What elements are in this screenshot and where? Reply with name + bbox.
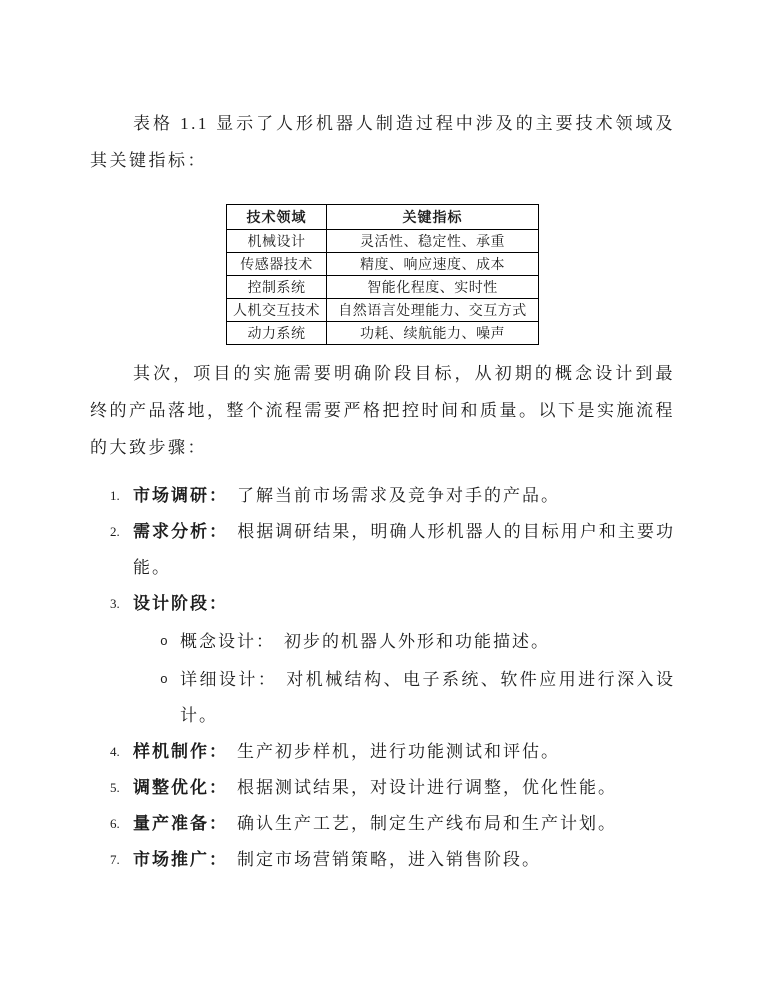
tech-area-cell: 控制系统 [227, 276, 327, 299]
sub-step-item: o详细设计：对机械结构、电子系统、软件应用进行深入设计。 [133, 662, 675, 734]
paragraph-intro: 表格 1.1 显示了人形机器人制造过程中涉及的主要技术领域及其关键指标： [90, 105, 675, 179]
step-desc: 确认生产工艺，制定生产线布局和生产计划。 [237, 814, 617, 833]
table-row: 人机交互技术自然语言处理能力、交互方式 [227, 299, 539, 322]
step-term: 调整优化： [133, 778, 228, 797]
step-number: 7. [110, 842, 120, 878]
step-term: 需求分析： [133, 522, 228, 541]
step-term: 量产准备： [133, 814, 228, 833]
step-desc: 了解当前市场需求及竞争对手的产品。 [237, 486, 560, 505]
table-body: 机械设计灵活性、稳定性、承重传感器技术精度、响应速度、成本控制系统智能化程度、实… [227, 230, 539, 345]
paragraph-implementation: 其次，项目的实施需要明确阶段目标，从初期的概念设计到最终的产品落地，整个流程需要… [90, 355, 675, 466]
step-item: 6.量产准备：确认生产工艺，制定生产线布局和生产计划。 [90, 806, 675, 842]
key-metrics-cell: 功耗、续航能力、噪声 [327, 322, 539, 345]
step-number: 4. [110, 734, 120, 770]
step-number: 5. [110, 770, 120, 806]
sub-step-item: o概念设计：初步的机器人外形和功能描述。 [133, 624, 675, 660]
step-item: 1.市场调研：了解当前市场需求及竞争对手的产品。 [90, 478, 675, 514]
step-desc: 生产初步样机，进行功能测试和评估。 [237, 742, 560, 761]
table-header-key-metrics: 关键指标 [327, 205, 539, 230]
sub-step-desc: 初步的机器人外形和功能描述。 [284, 632, 550, 651]
tech-area-cell: 动力系统 [227, 322, 327, 345]
step-number: 3. [110, 586, 120, 622]
sub-step-term: 详细设计： [180, 670, 277, 689]
step-item: 5.调整优化：根据测试结果，对设计进行调整，优化性能。 [90, 770, 675, 806]
sub-bullet-icon: o [160, 662, 168, 698]
table-header-row: 技术领域 关键指标 [227, 205, 539, 230]
sub-step-term: 概念设计： [180, 632, 275, 651]
step-term: 样机制作： [133, 742, 228, 761]
table-header-tech-area: 技术领域 [227, 205, 327, 230]
key-metrics-cell: 自然语言处理能力、交互方式 [327, 299, 539, 322]
sub-bullet-icon: o [160, 624, 168, 660]
table-row: 机械设计灵活性、稳定性、承重 [227, 230, 539, 253]
step-number: 1. [110, 478, 120, 514]
tech-area-cell: 传感器技术 [227, 253, 327, 276]
step-desc: 根据测试结果，对设计进行调整，优化性能。 [237, 778, 617, 797]
step-item: 4.样机制作：生产初步样机，进行功能测试和评估。 [90, 734, 675, 770]
table-row: 控制系统智能化程度、实时性 [227, 276, 539, 299]
step-term: 市场推广： [133, 850, 228, 869]
document-page: 表格 1.1 显示了人形机器人制造过程中涉及的主要技术领域及其关键指标： 技术领… [0, 0, 765, 990]
step-item: 2.需求分析：根据调研结果，明确人形机器人的目标用户和主要功能。 [90, 514, 675, 586]
table-row: 传感器技术精度、响应速度、成本 [227, 253, 539, 276]
steps-list: 1.市场调研：了解当前市场需求及竞争对手的产品。2.需求分析：根据调研结果，明确… [90, 478, 675, 878]
step-term: 市场调研： [133, 486, 228, 505]
step-desc: 制定市场营销策略，进入销售阶段。 [237, 850, 541, 869]
step-term: 设计阶段： [133, 594, 228, 613]
tech-area-cell: 机械设计 [227, 230, 327, 253]
key-metrics-cell: 智能化程度、实时性 [327, 276, 539, 299]
key-metrics-cell: 精度、响应速度、成本 [327, 253, 539, 276]
key-metrics-cell: 灵活性、稳定性、承重 [327, 230, 539, 253]
tech-indicators-table: 技术领域 关键指标 机械设计灵活性、稳定性、承重传感器技术精度、响应速度、成本控… [226, 204, 539, 345]
step-item: 3.设计阶段：o概念设计：初步的机器人外形和功能描述。o详细设计：对机械结构、电… [90, 586, 675, 734]
tech-area-cell: 人机交互技术 [227, 299, 327, 322]
step-item: 7.市场推广：制定市场营销策略，进入销售阶段。 [90, 842, 675, 878]
table-row: 动力系统功耗、续航能力、噪声 [227, 322, 539, 345]
step-number: 6. [110, 806, 120, 842]
step-number: 2. [110, 514, 120, 550]
